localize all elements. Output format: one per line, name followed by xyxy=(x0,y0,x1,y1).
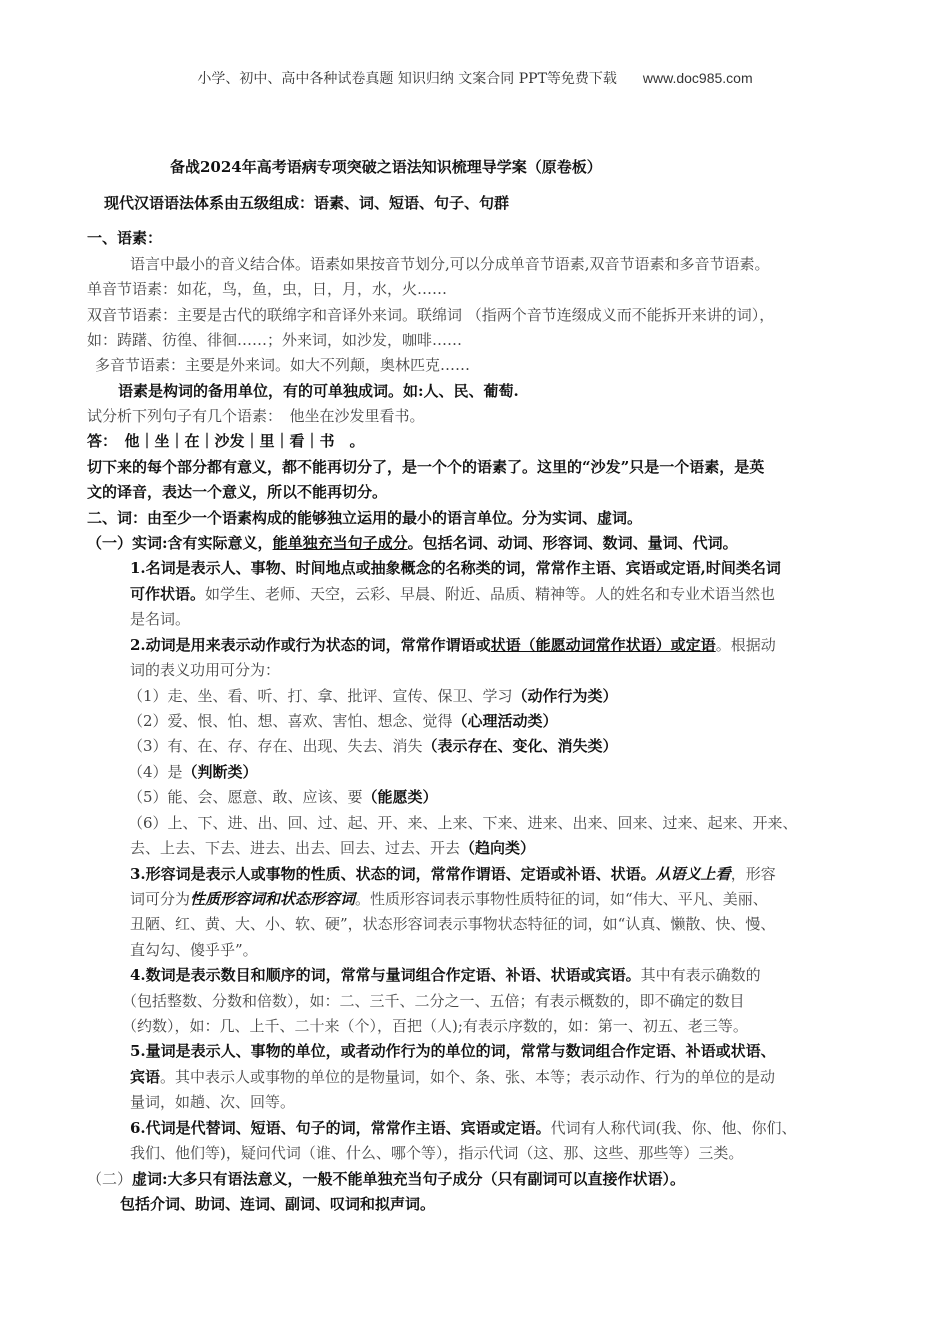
adj-definition-2: 词可分为性质形容词和状态形容词。性质形容词表示事物性质特征的词，如“伟大、平凡、… xyxy=(130,889,768,909)
xuci-label: 虚词:大多只有语法意义，一般不能单独充当句子成分（只有副词可以直接作状语）。 xyxy=(132,1170,685,1188)
xuci-definition: （二）虚词:大多只有语法意义，一般不能单独充当句子成分（只有副词可以直接作状语）… xyxy=(87,1169,685,1189)
adj-italic: 从语义上看 xyxy=(656,865,731,883)
verb-category-5: （5）能、会、愿意、敢、应该、要（能愿类） xyxy=(128,787,438,807)
verb-definition-1: 2.动词是用来表示动作或行为状态的词，常常作谓语或状语（能愿动词常作状语）或定语… xyxy=(130,635,776,655)
banner-text: 小学、初中、高中各种试卷真题 知识归纳 文案合同 PPT等免费下载 xyxy=(197,71,617,87)
verb-category-6-line-2: 去、上去、下去、进去、出去、回去、过去、开去（趋向类） xyxy=(130,838,535,858)
adj-text: 。性质形容词表示事物性质特征的词，如“伟大、平凡、美丽、 xyxy=(355,890,768,908)
shici-underlined: 能单独充当句子成分 xyxy=(273,534,408,552)
verb-category-tag: （动作行为类） xyxy=(513,687,618,705)
verb-category-4: （4）是（判断类） xyxy=(128,762,258,782)
adj-definition-4: 直勾勾、傻乎乎”。 xyxy=(130,940,258,960)
numeral-definition-2: （包括整数、分数和倍数），如：二、三千、二分之一、五倍；有表示概数的，即不确定的… xyxy=(122,991,745,1011)
document-title: 备战2024年高考语病专项突破之语法知识梳理导学案（原卷板） xyxy=(170,156,602,177)
adj-italic-types: 性质形容词和状态形容词 xyxy=(190,890,355,908)
morpheme-note: 语素是构词的备用单位，有的可单独成词。如:人、民、葡萄. xyxy=(118,381,519,401)
adj-rest: ，形容 xyxy=(731,865,776,883)
verb-category-6-line-1: （6）上、下、进、出、回、过、起、开、来、上来、下来、进来、出来、回来、过来、起… xyxy=(128,813,798,833)
numeral-rest: 其中有表示确数的 xyxy=(641,966,761,984)
verb-category-text: 去、上去、下去、进去、出去、回去、过去、开去 xyxy=(130,839,460,857)
pronoun-definition-1: 6.代词是代替词、短语、句子的词，常常作主语、宾语或定语。代词有人称代词(我、你… xyxy=(130,1118,797,1138)
verb-category-tag: （能愿类） xyxy=(363,788,438,806)
adj-bold: 3.形容词是表示人或事物的性质、状态的词，常常作谓语、定语或补语、状语。 xyxy=(130,865,656,883)
morpheme-definition: 语言中最小的音义结合体。语素如果按音节划分,可以分成单音节语素,双音节语素和多音… xyxy=(130,254,770,274)
page-header-banner: 小学、初中、高中各种试卷真题 知识归纳 文案合同 PPT等免费下载www.doc… xyxy=(0,68,950,88)
multi-syllable-morpheme: 多音节语素：主要是外来词。如大不列颠，奥林匹克…… xyxy=(95,355,470,375)
verb-category-1: （1）走、坐、看、听、打、拿、批评、宣传、保卫、学习（动作行为类） xyxy=(128,686,618,706)
verb-rest: 。根据动 xyxy=(716,636,776,654)
shici-label: 实词:含有实际意义， xyxy=(132,534,273,552)
exercise-answer: 答： 他｜坐｜在｜沙发｜里｜看｜书 。 xyxy=(87,431,365,451)
single-syllable-morpheme: 单音节语素：如花，鸟，鱼，虫，日，月，水，火…… xyxy=(87,279,447,299)
verb-bold: 2.动词是用来表示动作或行为状态的词，常常作谓语或 xyxy=(130,636,491,654)
noun-definition-3: 是名词。 xyxy=(130,609,190,629)
adj-text: 词可分为 xyxy=(130,890,190,908)
verb-category-2: （2）爱、恨、怕、想、喜欢、害怕、想念、觉得（心理活动类） xyxy=(128,711,558,731)
numeral-bold: 4.数词是表示数目和顺序的词，常常与量词组合作定语、补语、状语或宾语。 xyxy=(130,966,641,984)
verb-category-tag: （心理活动类） xyxy=(453,712,558,730)
xuci-types: 包括介词、助词、连词、副词、叹词和拟声词。 xyxy=(120,1194,435,1214)
verb-category-text: （4）是 xyxy=(128,763,183,781)
section-heading-word: 二、词：由至少一个语素构成的能够独立运用的最小的语言单位。分为实词、虚词。 xyxy=(87,508,642,528)
noun-definition-1: 1.名词是表示人、事物、时间地点或抽象概念的名称类的词，常常作主语、宾语或定语,… xyxy=(130,558,781,578)
verb-category-text: （2）爱、恨、怕、想、喜欢、害怕、想念、觉得 xyxy=(128,712,453,730)
answer-explanation-2: 文的译音，表达一个意义，所以不能再切分。 xyxy=(87,482,387,502)
xuci-prefix: （二） xyxy=(87,1170,132,1188)
numeral-definition-1: 4.数词是表示数目和顺序的词，常常与量词组合作定语、补语、状语或宾语。其中有表示… xyxy=(130,965,761,985)
verb-category-tag: （趋向类） xyxy=(460,839,535,857)
verb-category-text: （3）有、在、存、存在、出现、失去、消失 xyxy=(128,737,423,755)
pronoun-definition-2: 我们、他们等)，疑问代词（谁、什么、哪个等），指示代词（这、那、这些、那些等）三… xyxy=(130,1143,743,1163)
measure-definition-3: 量词，如趟、次、回等。 xyxy=(130,1092,295,1112)
shici-rest: 。包括名词、动词、形容词、数词、量词、代词。 xyxy=(408,534,738,552)
adj-definition-3: 丑陋、红、黄、大、小、软、硬”，状态形容词表示事物状态特征的词，如“认真、懒散、… xyxy=(130,914,775,934)
measure-bold: 宾语 xyxy=(130,1068,160,1086)
measure-rest: 。其中表示人或事物的单位的是物量词，如个、条、张、本等；表示动作、行为的单位的是… xyxy=(160,1068,775,1086)
verb-category-tag: （判断类） xyxy=(183,763,258,781)
answer-explanation-1: 切下来的每个部分都有意义，都不能再切分了，是一个个的语素了。这里的“沙发”只是一… xyxy=(87,457,764,477)
measure-definition-1: 5.量词是表示人、事物的单位，或者动作行为的单位的词，常常与数词组合作定语、补语… xyxy=(130,1041,776,1061)
section-heading-morpheme: 一、语素： xyxy=(87,228,162,248)
verb-category-tag: （表示存在、变化、消失类） xyxy=(423,737,618,755)
numeral-definition-3: （约数），如：几、上千、二十来（个），百把（人);有表示序数的，如：第一、初五、… xyxy=(122,1016,748,1036)
pronoun-rest: 代词有人称代词(我、你、他、你们、 xyxy=(551,1119,797,1137)
measure-definition-2: 宾语。其中表示人或事物的单位的是物量词，如个、条、张、本等；表示动作、行为的单位… xyxy=(130,1067,775,1087)
verb-underlined: 状语（能愿动词常作状语）或定语 xyxy=(491,636,716,654)
noun-examples: 如学生、老师、天空，云彩、早晨、附近、品质、精神等。人的姓名和专业术语当然也 xyxy=(205,585,775,603)
pronoun-bold: 6.代词是代替词、短语、句子的词，常常作主语、宾语或定语。 xyxy=(130,1119,551,1137)
shici-definition: （一）实词:含有实际意义，能单独充当句子成分。包括名词、动词、形容词、数词、量词… xyxy=(87,533,738,553)
noun-bold: 可作状语。 xyxy=(130,585,205,603)
double-syllable-morpheme-1: 双音节语素：主要是古代的联绵字和音译外来词。联绵词 （指两个音节连缀成义而不能拆… xyxy=(87,305,774,325)
noun-definition-2: 可作状语。如学生、老师、天空，云彩、早晨、附近、品质、精神等。人的姓名和专业术语… xyxy=(130,584,775,604)
verb-definition-2: 词的表义功用可分为： xyxy=(130,660,280,680)
subtitle: 现代汉语语法体系由五级组成：语素、词、短语、句子、句群 xyxy=(104,193,509,213)
double-syllable-morpheme-2: 如：踌躇、彷徨、徘徊……；外来词，如沙发，咖啡…… xyxy=(87,330,462,350)
adj-definition-1: 3.形容词是表示人或事物的性质、状态的词，常常作谓语、定语或补语、状语。从语义上… xyxy=(130,864,776,884)
verb-category-3: （3）有、在、存、存在、出现、失去、消失（表示存在、变化、消失类） xyxy=(128,736,618,756)
verb-category-text: （1）走、坐、看、听、打、拿、批评、宣传、保卫、学习 xyxy=(128,687,513,705)
exercise-question: 试分析下列句子有几个语素： 他坐在沙发里看书。 xyxy=(87,406,425,426)
verb-category-text: （5）能、会、愿意、敢、应该、要 xyxy=(128,788,363,806)
site-url[interactable]: www.doc985.com xyxy=(643,70,753,86)
shici-prefix: （一） xyxy=(87,534,132,552)
